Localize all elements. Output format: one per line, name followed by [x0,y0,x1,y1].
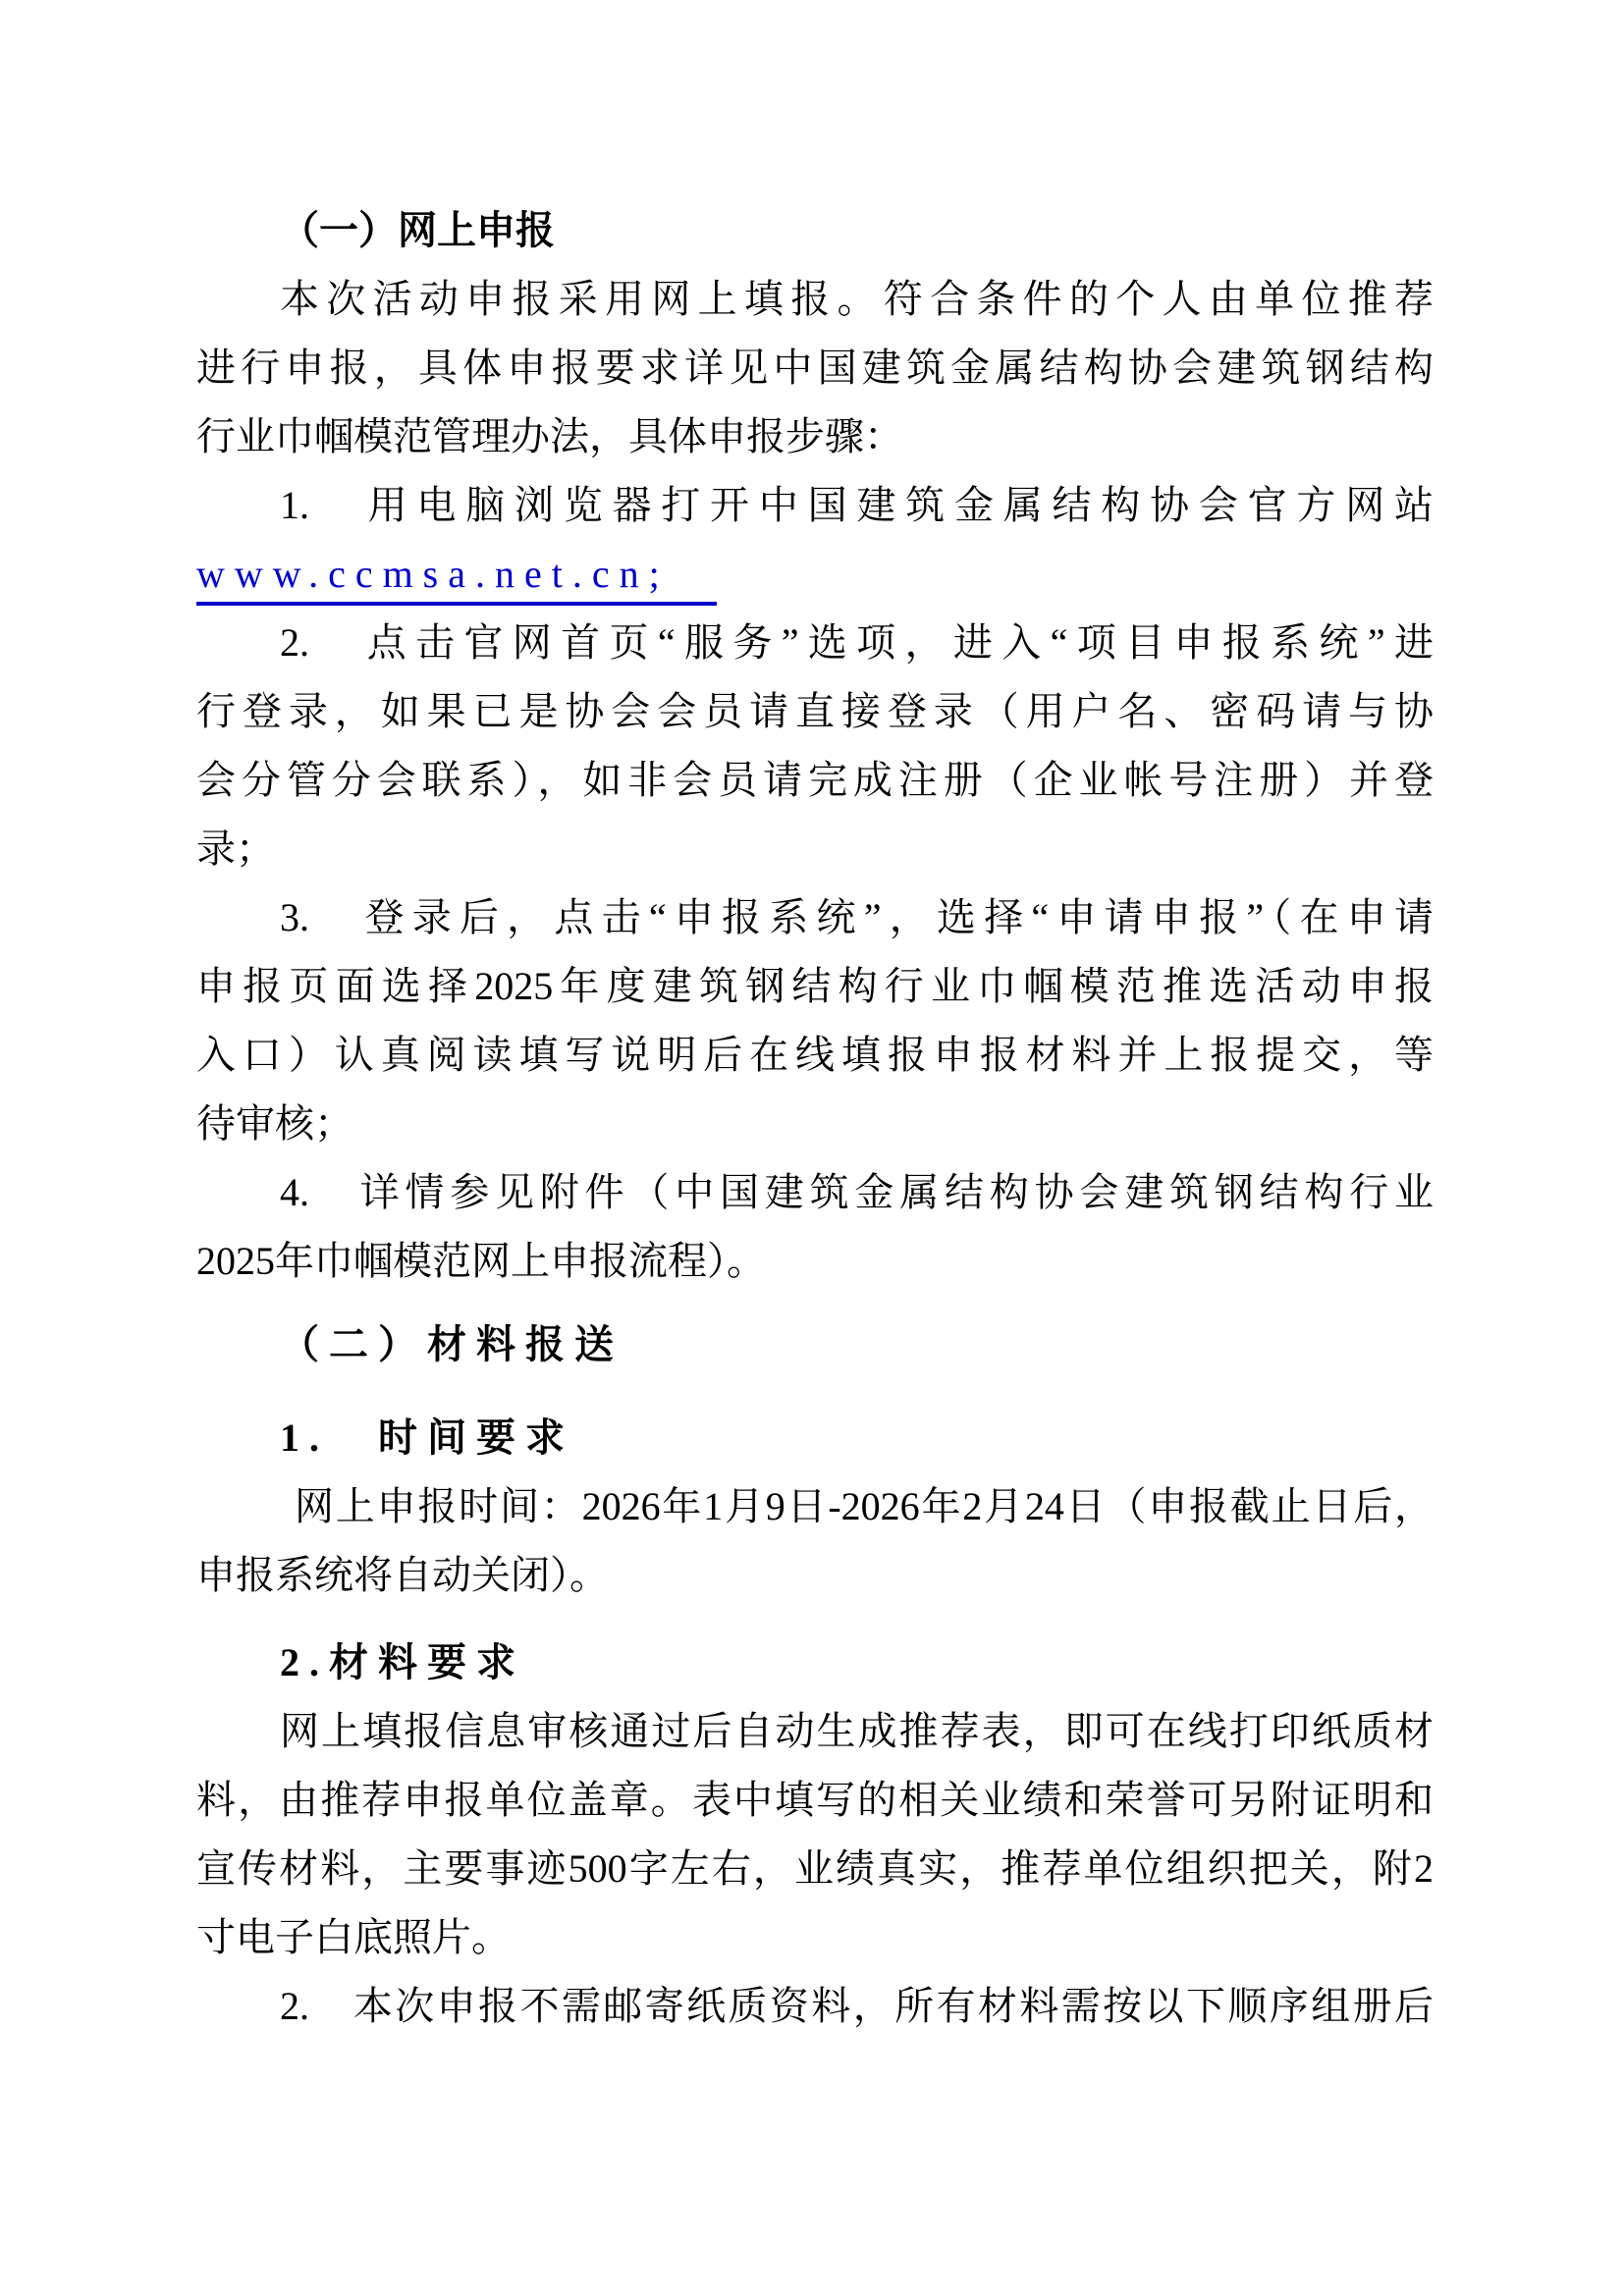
section-heading-online-application: （一）网上申报 [196,196,1434,265]
step-1-line: 1. 用电脑浏览器打开中国建筑金属结构协会官方网站 [196,471,1434,540]
website-link-line: www.ccmsa.net.cn; [196,540,1434,609]
step-3-line: 3. 登录后，点击“申报系统”，选择“申请申报”（在申请 [196,883,1434,952]
para-line: 网上申报时间：2026年1月9日-2026年2月24日（申报截止日后， [196,1472,1434,1541]
para-line: 本次活动申报采用网上填报。符合条件的个人由单位推荐 [196,265,1434,334]
para-line: 录； [196,815,1434,883]
document-page: （一）网上申报 本次活动申报采用网上填报。符合条件的个人由单位推荐 进行申报，具… [0,0,1624,2296]
step-line: 2. 本次申报不需邮寄纸质资料，所有材料需按以下顺序组册后 [196,1972,1434,2041]
para-line: 2025年巾帼模范网上申报流程）。 [196,1227,1434,1296]
para-line: 申报系统将自动关闭）。 [196,1541,1434,1610]
para-line: 行业巾帼模范管理办法，具体申报步骤： [196,402,1434,471]
step-4-line: 4. 详情参见附件（中国建筑金属结构协会建筑钢结构行业 [196,1158,1434,1227]
para-line: 料，由推荐申报单位盖章。表中填写的相关业绩和荣誉可另附证明和 [196,1766,1434,1835]
para-line: 宣传材料，主要事迹500字左右，业绩真实，推荐单位组织把关，附2 [196,1835,1434,1903]
step-2-line: 2. 点击官网首页“服务”选项，进入“项目申报系统”进 [196,609,1434,677]
website-link[interactable]: www.ccmsa.net.cn; [196,547,717,606]
subheading-material-requirement: 2.材料要求 [196,1629,1434,1697]
subheading-time-requirement: 1. 时间要求 [196,1404,1434,1472]
para-line: 待审核； [196,1090,1434,1158]
para-line: 寸电子白底照片。 [196,1903,1434,1972]
document-body: （一）网上申报 本次活动申报采用网上填报。符合条件的个人由单位推荐 进行申报，具… [196,196,1434,2041]
para-line: 申报页面选择2025年度建筑钢结构行业巾帼模范推选活动申报 [196,952,1434,1021]
para-line: 入口）认真阅读填写说明后在线填报申报材料并上报提交，等 [196,1021,1434,1090]
para-line: 网上填报信息审核通过后自动生成推荐表，即可在线打印纸质材 [196,1697,1434,1766]
para-line: 行登录，如果已是协会会员请直接登录（用户名、密码请与协 [196,677,1434,746]
para-line: 进行申报，具体申报要求详见中国建筑金属结构协会建筑钢结构 [196,334,1434,402]
section-heading-material-submission: （二）材料报送 [196,1310,1434,1379]
para-line: 会分管分会联系），如非会员请完成注册（企业帐号注册）并登 [196,746,1434,815]
